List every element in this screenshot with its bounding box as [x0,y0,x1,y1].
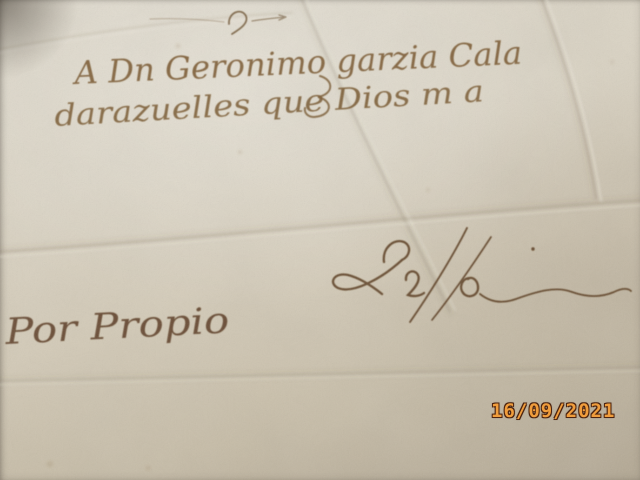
letter-photo: A Dn Geronimo garzia Cala darazuelles qu… [0,0,640,480]
date-stamp: 16/09/2021 [491,400,615,422]
